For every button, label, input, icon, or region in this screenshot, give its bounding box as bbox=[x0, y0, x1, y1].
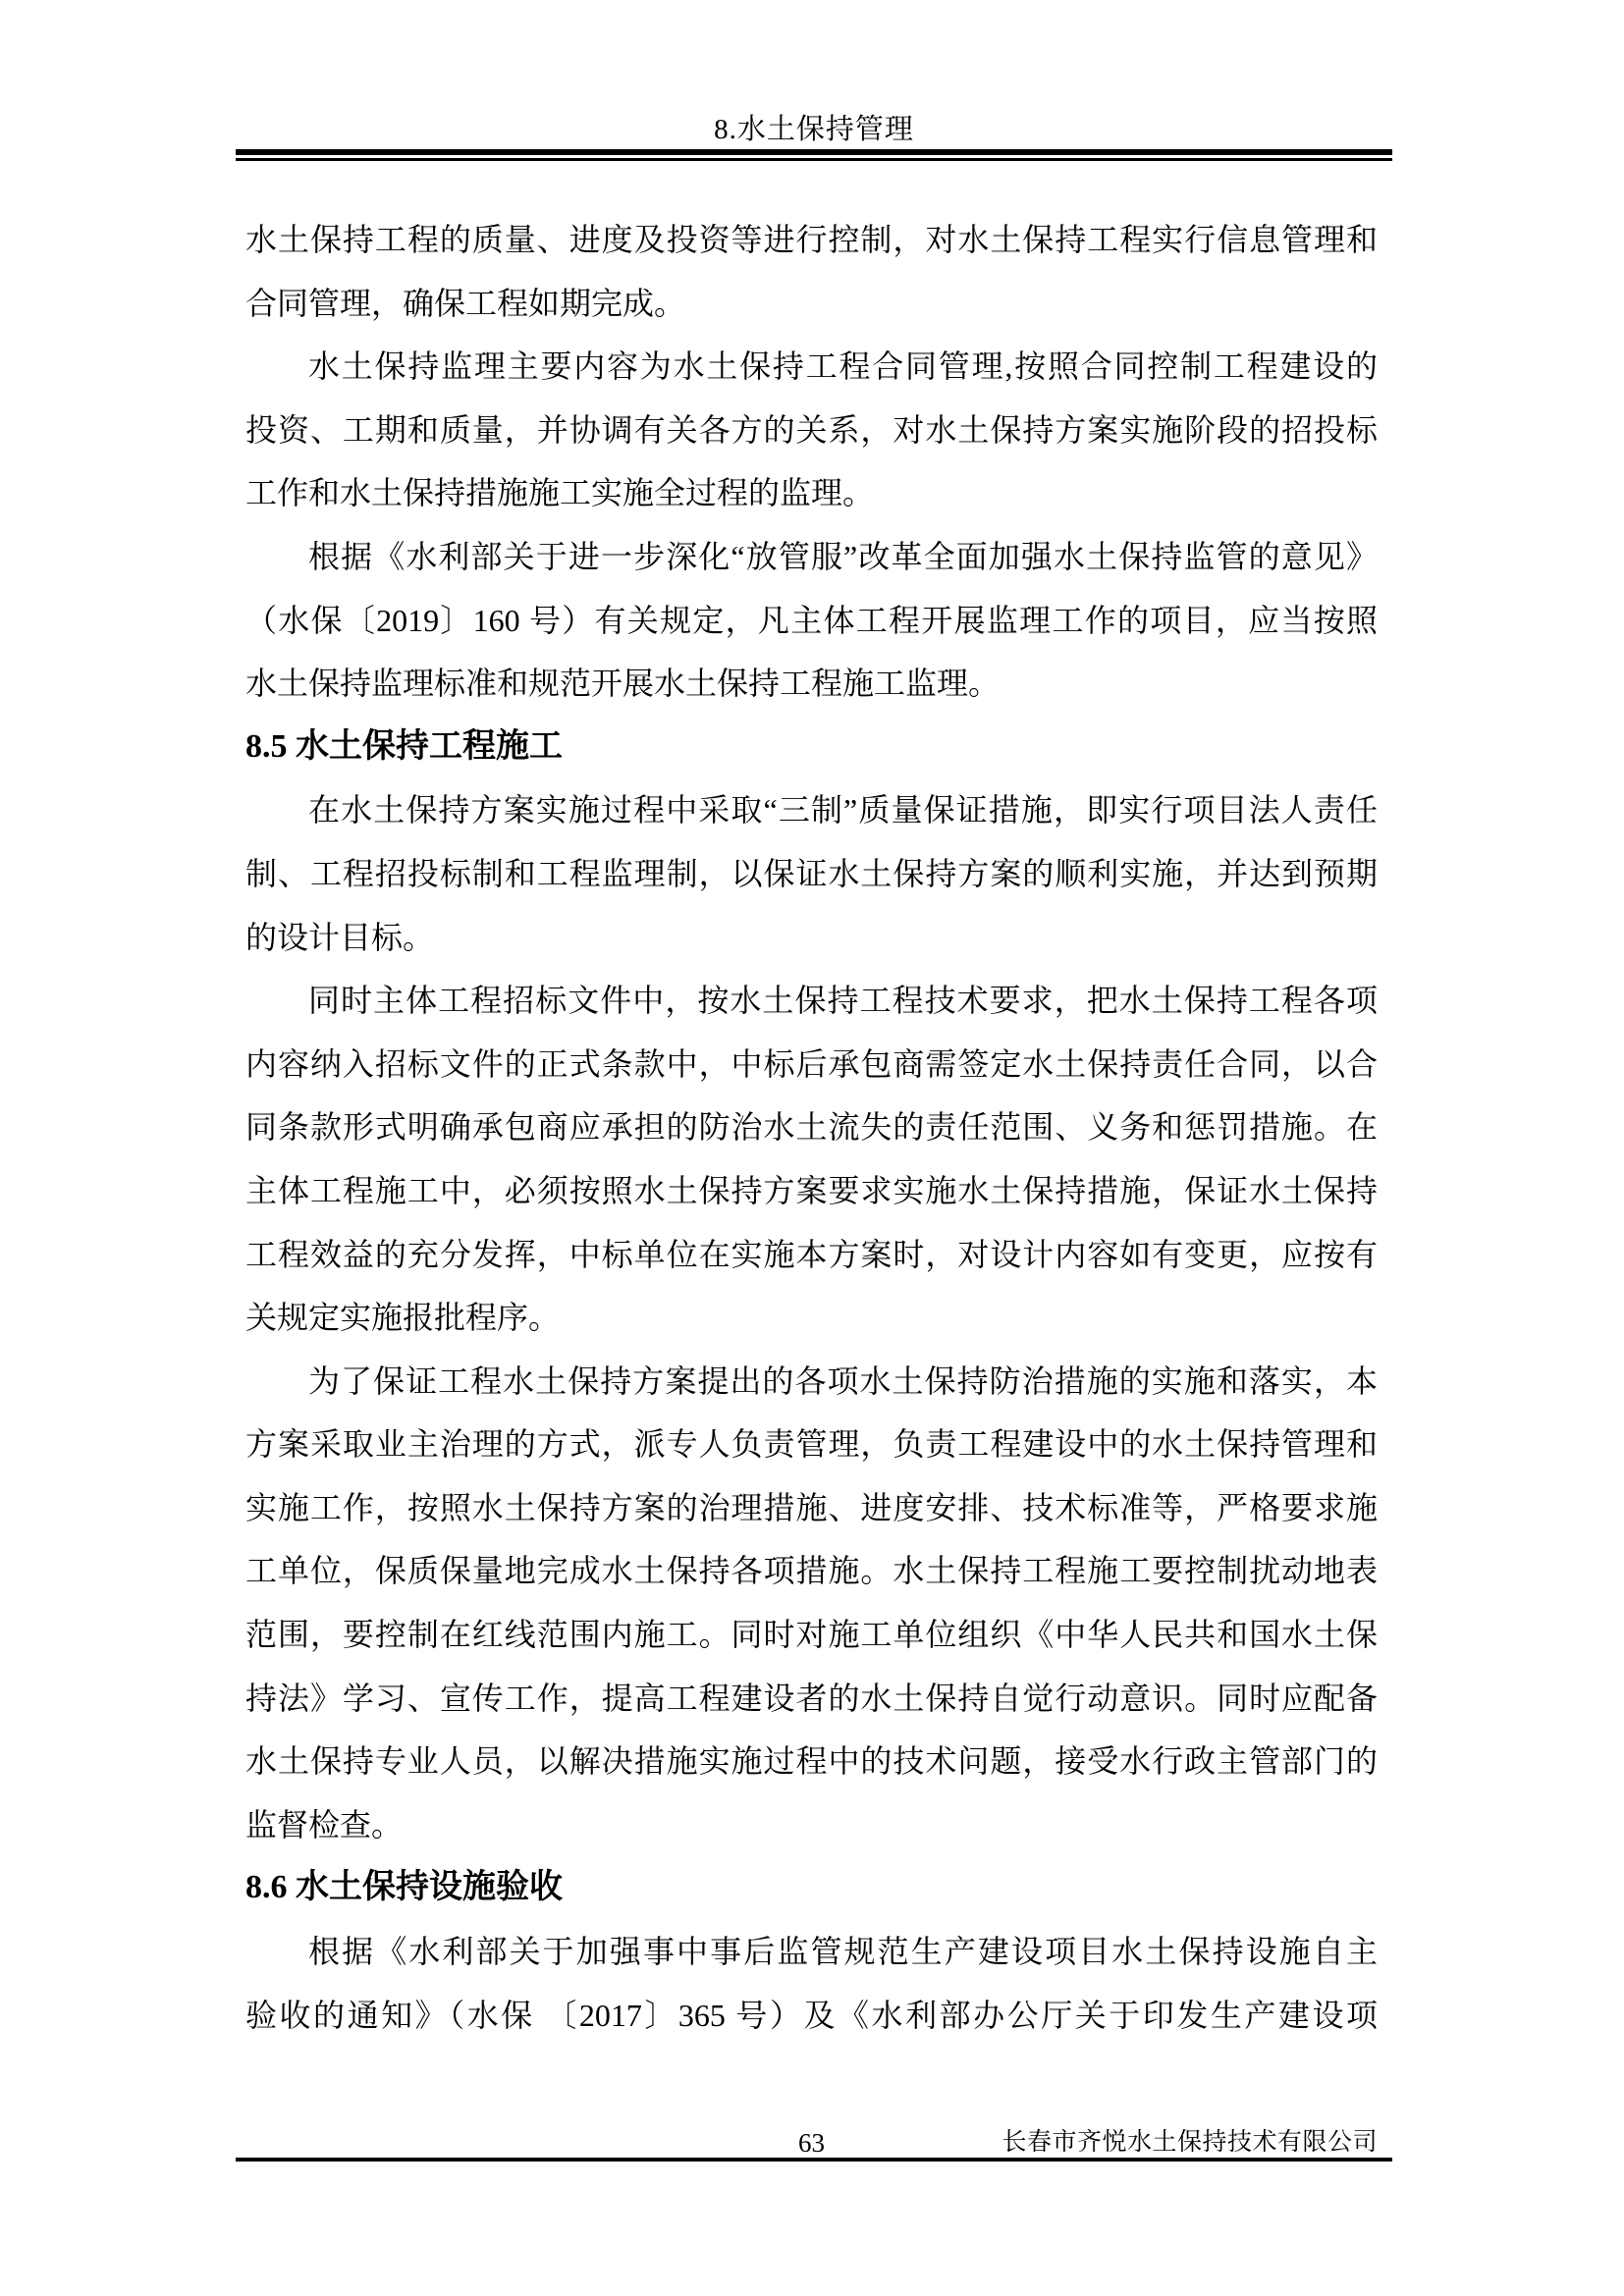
document-page: 8.水土保持管理 水土保持工程的质量、进度及投资等进行控制，对水土保持工程实行信… bbox=[0, 0, 1624, 2296]
text-line: 主体工程施工中，必须按照水土保持方案要求实施水土保持措施，保证水土保持 bbox=[245, 1159, 1378, 1223]
footer-rule bbox=[236, 2158, 1392, 2162]
text-line: 监督检查。 bbox=[245, 1793, 1378, 1857]
text-line: （水保〔2019〕160 号）有关规定，凡主体工程开展监理工作的项目，应当按照 bbox=[245, 589, 1378, 653]
text-line: 实施工作，按照水土保持方案的治理措施、进度安排、技术标准等，严格要求施 bbox=[245, 1476, 1378, 1540]
text-line: 水土保持专业人员，以解决措施实施过程中的技术问题，接受水行政主管部门的 bbox=[245, 1730, 1378, 1793]
paragraph: 水土保持工程的质量、进度及投资等进行控制，对水土保持工程实行信息管理和合同管理，… bbox=[245, 208, 1378, 335]
text-line: 方案采取业主治理的方式，派专人负责管理，负责工程建设中的水土保持管理和 bbox=[245, 1413, 1378, 1476]
text-line: 投资、工期和质量，并协调有关各方的关系，对水土保持方案实施阶段的招投标 bbox=[245, 399, 1378, 462]
text-line: 的设计目标。 bbox=[245, 906, 1378, 970]
text-line: 同时主体工程招标文件中，按水土保持工程技术要求，把水土保持工程各项 bbox=[245, 969, 1378, 1033]
paragraph: 根据《水利部关于进一步深化“放管服”改革全面加强水土保持监管的意见》（水保〔20… bbox=[245, 525, 1378, 716]
text-line: 制、工程招投标制和工程监理制，以保证水土保持方案的顺利实施，并达到预期 bbox=[245, 842, 1378, 906]
paragraph: 水土保持监理主要内容为水土保持工程合同管理,按照合同控制工程建设的投资、工期和质… bbox=[245, 335, 1378, 525]
page-footer: 63 长春市齐悦水土保持技术有限公司 bbox=[245, 2128, 1378, 2160]
text-line: 范围，要控制在红线范围内施工。同时对施工单位组织《中华人民共和国水土保 bbox=[245, 1603, 1378, 1667]
text-line: 合同管理，确保工程如期完成。 bbox=[245, 272, 1378, 336]
text-line: 持法》学习、宣传工作，提高工程建设者的水土保持自觉行动意识。同时应配备 bbox=[245, 1667, 1378, 1731]
text-line: 为了保证工程水土保持方案提出的各项水土保持防治措施的实施和落实，本 bbox=[245, 1350, 1378, 1414]
section-heading: 8.6 水土保持设施验收 bbox=[245, 1856, 1378, 1920]
text-line: 水土保持监理主要内容为水土保持工程合同管理,按照合同控制工程建设的 bbox=[245, 335, 1378, 399]
page-number: 63 bbox=[798, 2128, 825, 2158]
text-line: 工作和水土保持措施施工实施全过程的监理。 bbox=[245, 461, 1378, 525]
paragraph: 根据《水利部关于加强事中事后监管规范生产建设项目水土保持设施自主验收的通知》（水… bbox=[245, 1920, 1378, 2047]
text-line: 工单位，保质保量地完成水土保持各项措施。水土保持工程施工要控制扰动地表 bbox=[245, 1539, 1378, 1603]
paragraph: 同时主体工程招标文件中，按水土保持工程技术要求，把水土保持工程各项内容纳入招标文… bbox=[245, 969, 1378, 1350]
document-body: 水土保持工程的质量、进度及投资等进行控制，对水土保持工程实行信息管理和合同管理，… bbox=[245, 208, 1378, 2047]
text-line: 工程效益的充分发挥，中标单位在实施本方案时，对设计内容如有变更，应按有 bbox=[245, 1223, 1378, 1287]
text-line: 验收的通知》（水保 〔2017〕365 号）及《水利部办公厅关于印发生产建设项 bbox=[245, 1984, 1378, 2048]
text-line: 水土保持监理标准和规范开展水土保持工程施工监理。 bbox=[245, 652, 1378, 716]
text-line: 同条款形式明确承包商应承担的防治水土流失的责任范围、义务和惩罚措施。在 bbox=[245, 1095, 1378, 1159]
text-line: 根据《水利部关于进一步深化“放管服”改革全面加强水土保持监管的意见》 bbox=[245, 525, 1378, 589]
text-line: 关规定实施报批程序。 bbox=[245, 1286, 1378, 1350]
paragraph: 在水土保持方案实施过程中采取“三制”质量保证措施，即实行项目法人责任制、工程招投… bbox=[245, 778, 1378, 969]
page-header-title: 8.水土保持管理 bbox=[236, 114, 1392, 145]
text-line: 在水土保持方案实施过程中采取“三制”质量保证措施，即实行项目法人责任 bbox=[245, 778, 1378, 842]
section-heading: 8.5 水土保持工程施工 bbox=[245, 716, 1378, 779]
paragraph: 为了保证工程水土保持方案提出的各项水土保持防治措施的实施和落实，本方案采取业主治… bbox=[245, 1350, 1378, 1857]
text-line: 水土保持工程的质量、进度及投资等进行控制，对水土保持工程实行信息管理和 bbox=[245, 208, 1378, 272]
text-line: 内容纳入招标文件的正式条款中，中标后承包商需签定水土保持责任合同，以合 bbox=[245, 1033, 1378, 1096]
footer-company: 长春市齐悦水土保持技术有限公司 bbox=[1001, 2128, 1378, 2158]
header-rule bbox=[236, 149, 1392, 161]
text-line: 根据《水利部关于加强事中事后监管规范生产建设项目水土保持设施自主 bbox=[245, 1920, 1378, 1984]
